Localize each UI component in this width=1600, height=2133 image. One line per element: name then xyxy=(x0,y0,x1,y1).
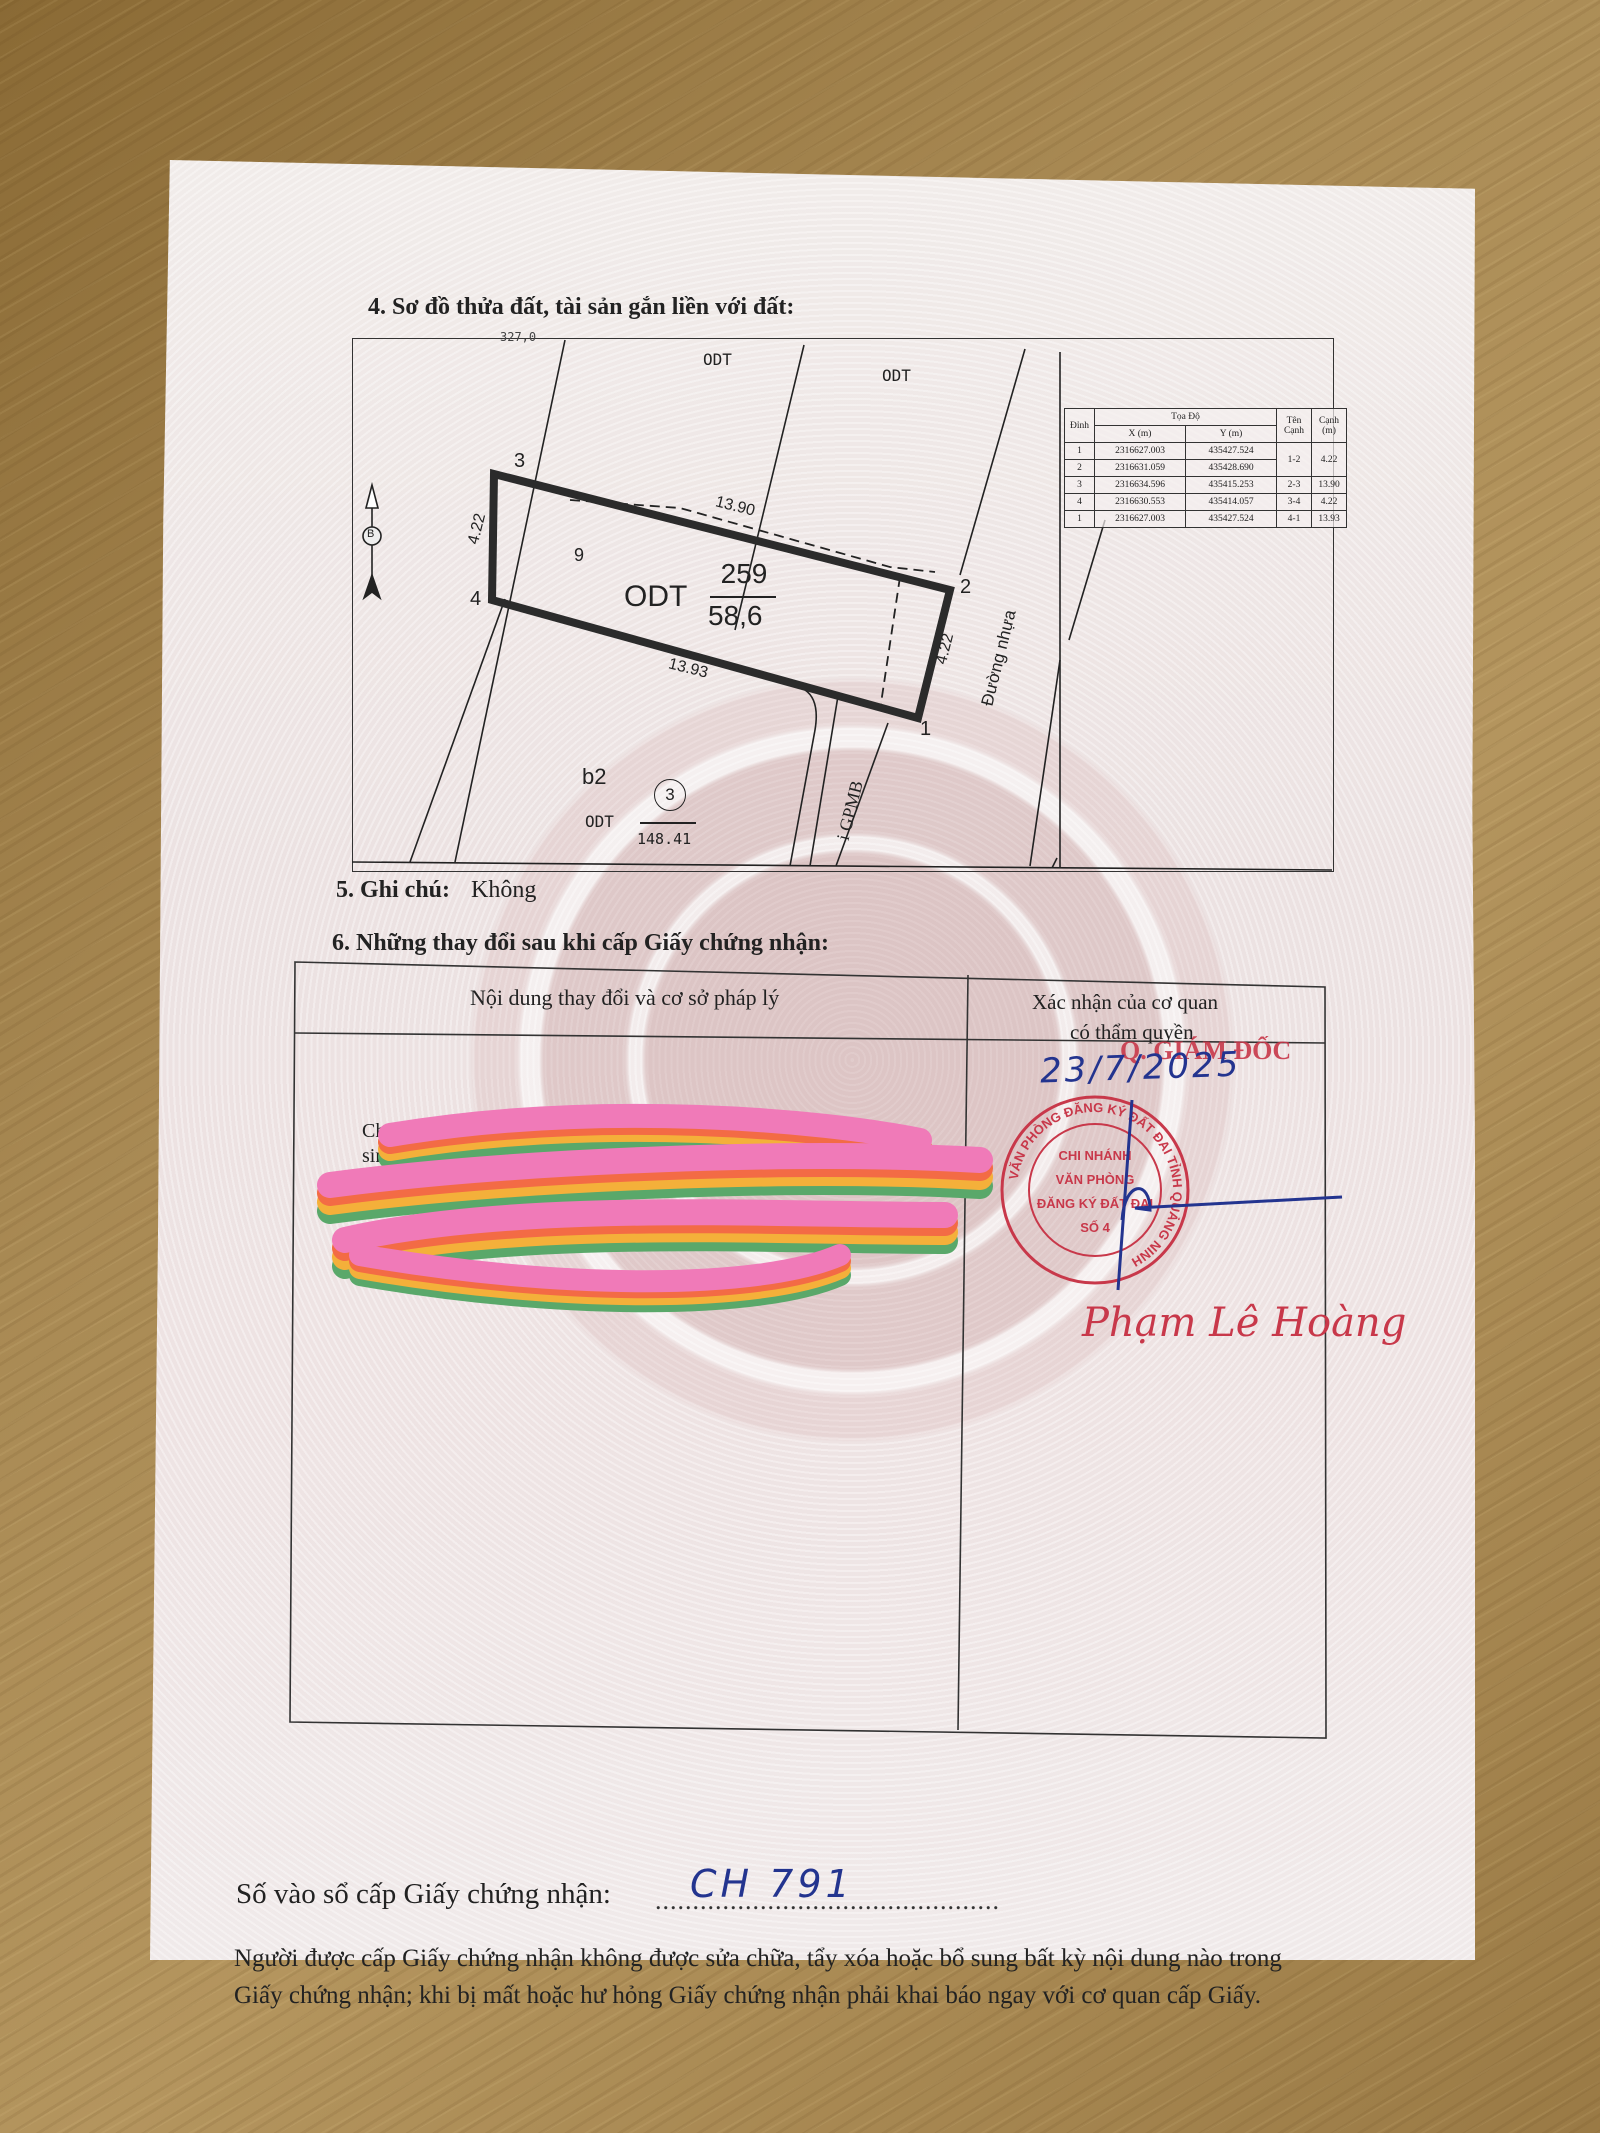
notice-line-1: Người được cấp Giấy chứng nhận không đượ… xyxy=(234,1945,1282,1973)
signer-name: Phạm Lê Hoàng xyxy=(1082,1300,1406,1346)
notice-line-2: Giấy chứng nhận; khi bị mất hoặc hư hỏng… xyxy=(234,1982,1261,2010)
register-value: CH 791 xyxy=(690,1862,854,1906)
signature xyxy=(0,0,1600,2133)
register-label: Số vào sổ cấp Giấy chứng nhận: xyxy=(236,1878,611,1911)
